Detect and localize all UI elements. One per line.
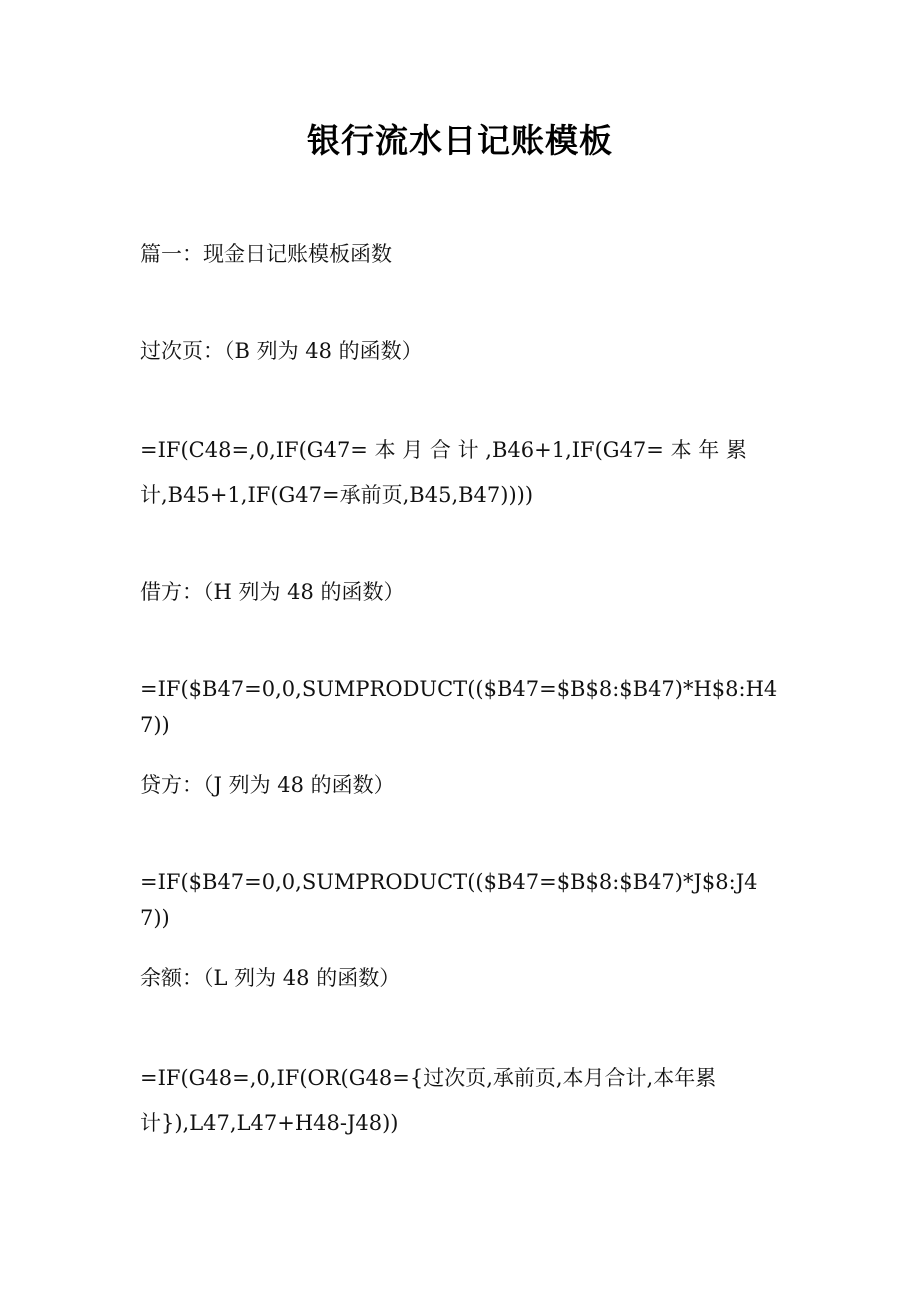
label-debit-function: 借方：（H 列为 48 的函数） xyxy=(140,574,782,610)
formula-balance: =IF(G48=,0,IF(OR(G48={过次页,承前页,本月合计,本年累 计… xyxy=(140,1056,782,1146)
formula-line: =IF(G48=,0,IF(OR(G48={过次页,承前页,本月合计,本年累 xyxy=(140,1056,782,1101)
section-heading: 篇一：现金日记账模板函数 xyxy=(140,236,782,272)
document-title: 银行流水日记账模板 xyxy=(0,118,920,164)
formula-line: =IF(C48=,0,IF(G47= 本 月 合 计 ,B46+1,IF(G47… xyxy=(140,428,782,473)
document-page: 银行流水日记账模板 篇一：现金日记账模板函数 过次页：（B 列为 48 的函数）… xyxy=(0,0,920,1302)
formula-credit: =IF($B47=0,0,SUMPRODUCT(($B47=$B$8:$B47)… xyxy=(140,864,782,936)
formula-next-page: =IF(C48=,0,IF(G47= 本 月 合 计 ,B46+1,IF(G47… xyxy=(140,428,782,518)
formula-debit: =IF($B47=0,0,SUMPRODUCT(($B47=$B$8:$B47)… xyxy=(140,671,782,743)
label-next-page-function: 过次页：（B 列为 48 的函数） xyxy=(140,333,782,369)
formula-line: 计,B45+1,IF(G47=承前页,B45,B47)))) xyxy=(140,473,782,518)
label-credit-function: 贷方：（J 列为 48 的函数） xyxy=(140,767,782,803)
formula-line: 计}),L47,L47+H48-J48)) xyxy=(140,1101,782,1146)
label-balance-function: 余额：（L 列为 48 的函数） xyxy=(140,960,782,996)
